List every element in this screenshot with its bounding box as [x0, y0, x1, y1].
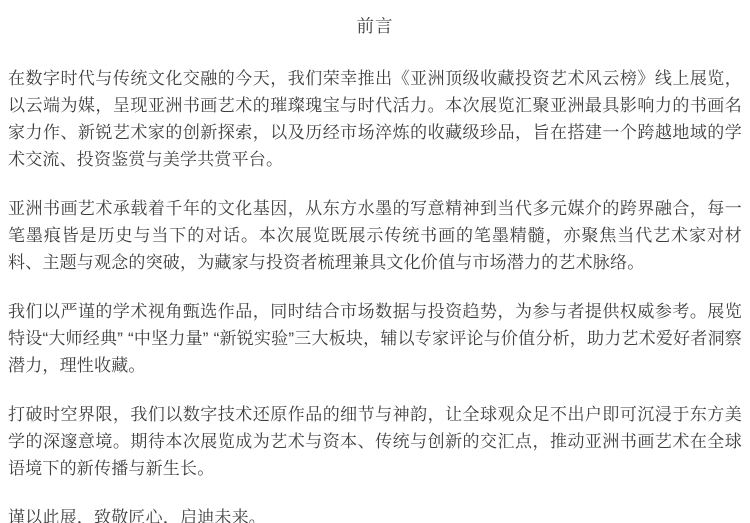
paragraph-heritage: 亚洲书画艺术承载着千年的文化基因，从东方水墨的写意精神到当代多元媒介的跨界融合，… — [8, 195, 742, 276]
paragraph-digital: 打破时空界限，我们以数字技术还原作品的细节与神韵，让全球观众足不出户即可沉浸于东… — [8, 401, 742, 482]
paragraph-intro: 在数字时代与传统文化交融的今天，我们荣幸推出《亚洲顶级收藏投资艺术风云榜》线上展… — [8, 65, 742, 173]
document-page: 前言 在数字时代与传统文化交融的今天，我们荣幸推出《亚洲顶级收藏投资艺术风云榜》… — [0, 0, 750, 523]
page-title: 前言 — [8, 13, 742, 40]
paragraph-closing: 谨以此展，致敬匠心，启迪未来。 — [8, 504, 742, 523]
paragraph-curation: 我们以严谨的学术视角甄选作品，同时结合市场数据与投资趋势，为参与者提供权威参考。… — [8, 298, 742, 379]
